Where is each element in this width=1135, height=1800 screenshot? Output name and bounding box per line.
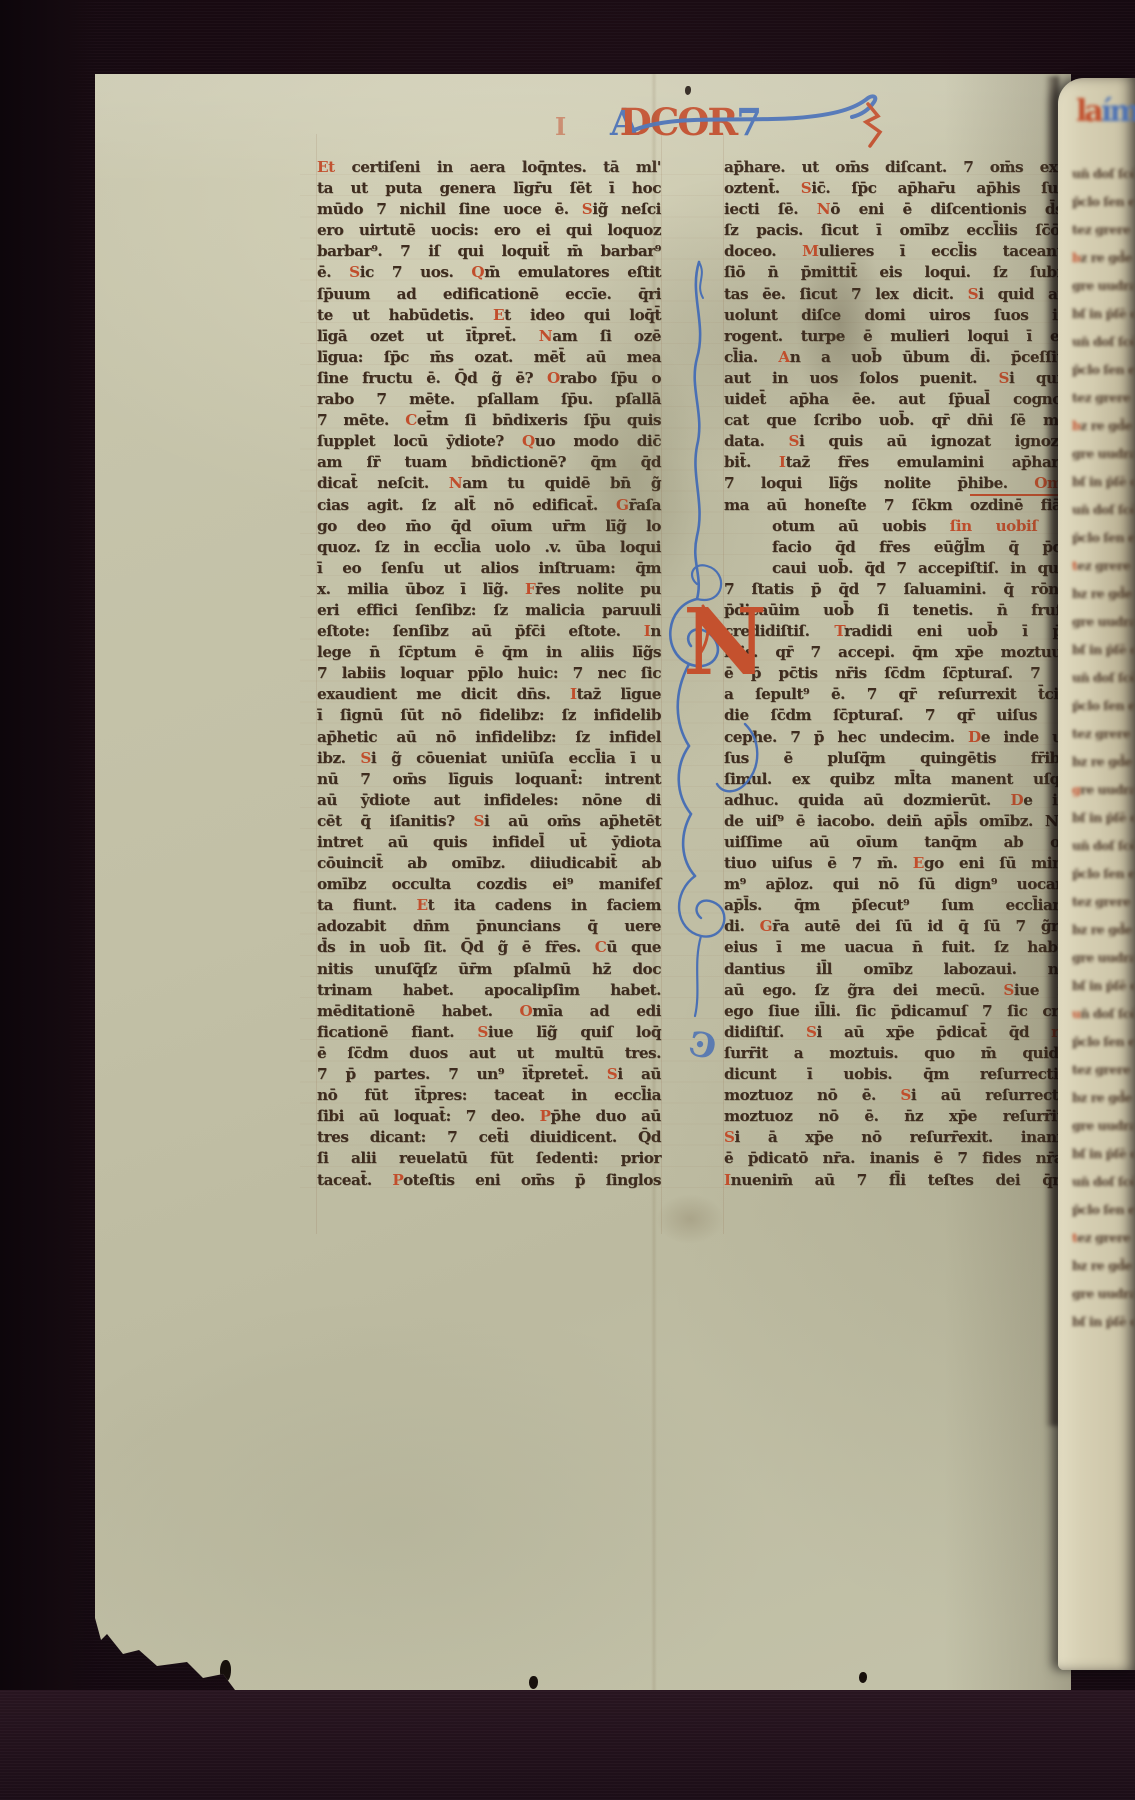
text-line: eri effici ſenſibz: ſz malicia paruuli xyxy=(317,601,661,622)
next-folio-text-line: bſ in p̄ſē ocr xyxy=(1072,642,1134,670)
text-line: cl̄ia. An a uob̄ ūbum d̄i. p̄ceſſit. xyxy=(724,348,1068,369)
next-folio-text-line: gre uudra ſid xyxy=(1072,614,1134,642)
text-segment: G xyxy=(616,496,629,514)
text-segment: E xyxy=(913,854,924,872)
text-segment: ī eo ſenſu ut alios inſtruam: q̄m xyxy=(317,559,661,577)
next-folio-text-line: p̄clo ſen ermī xyxy=(1072,194,1134,222)
text-segment: ſp̄uum ad edificationē eccīe. q̄ri xyxy=(317,285,661,303)
text-line: 7 mēte. Cet̄m ſi bn̄dixeris ſp̄u quis xyxy=(317,411,661,432)
text-segment: et̄m ſi bn̄dixeris ſp̄u quis xyxy=(417,411,661,429)
text-segment: die ſc̄dm ſc̄pturaſ. 7 qr̄ uiſus ē xyxy=(724,706,1068,724)
text-line: moztuoz nō ē. n̄z xp̄e reſurr̄it. xyxy=(724,1107,1068,1128)
text-segment: am ſr̄ tuam bn̄dictionē? q̄m q̄d xyxy=(317,453,661,471)
text-line: cias agit. ſz alt̄ nō edificat̄. Gr̄aſa xyxy=(317,496,661,517)
next-folio-text-line: gre uudra ſid xyxy=(1072,446,1134,474)
text-segment: cōuincit̄ ab omībz. diiudicabit̄ ab xyxy=(317,854,661,872)
text-segment: r̄a autē dei ſū id q̄ ſū 7 g̃ra xyxy=(772,917,1068,935)
next-folio-text-line: p̄clo ſen ermī xyxy=(1072,362,1134,390)
text-line: ſiō n̄ p̄mittit̄ eis loqui. ſz ſubſi xyxy=(724,263,1068,284)
text-segment: a ſepult⁹ ē. 7 qr̄ reſurrexit t̄cia xyxy=(724,685,1068,703)
text-line: eſtote: ſenſibz aū p̄fc̄i eſtote. In xyxy=(317,622,661,643)
text-segment: te ut habūdetis. xyxy=(317,306,493,324)
text-line: ma aū honeſte 7 ſc̄km ozdinē fiāt̄ xyxy=(724,496,1068,517)
text-segment: ego ſiue il̄li. ſic p̄dicamuſ 7 ſic cre xyxy=(724,1002,1068,1020)
text-segment: ta fiunt. xyxy=(317,896,416,914)
text-segment: N xyxy=(539,327,552,345)
text-segment: S xyxy=(477,1023,488,1041)
text-segment: ī ſignū ſūt nō fidelibz: ſz infidelib xyxy=(317,706,661,724)
text-segment: dicunt ī uobis. q̄m reſurrectio xyxy=(724,1065,1068,1083)
text-line: aū ego. ſz g̃ra dei mecū. Siue n̄ xyxy=(724,981,1068,1002)
backdrop-shadow-top xyxy=(0,0,1135,76)
text-segment: P xyxy=(540,1107,551,1125)
rubric-touch: b xyxy=(1072,250,1080,265)
text-segment: I xyxy=(724,1171,731,1189)
text-segment: barbar⁹. 7 iſ qui loquit̄ m̄ barbar⁹ xyxy=(317,242,661,260)
parchment-hole xyxy=(529,1676,538,1689)
text-segment: moztuoz nō ē. n̄z xp̄e reſurr̄it. xyxy=(724,1107,1068,1125)
text-line: cēt q̄ iſanitis? Si aū om̄s ap̄hetēt xyxy=(317,812,661,833)
text-segment: S xyxy=(806,1023,817,1041)
text-line: ſurr̄it a moztuis. quo m̄ quidā xyxy=(724,1044,1068,1065)
next-folio-text-line: un̄ doſ ſcē lo xyxy=(1072,838,1134,866)
text-segment: ic 7 uos. xyxy=(360,263,472,281)
rubric-touch: t xyxy=(1072,1230,1077,1245)
text-segment: mūdo 7 nichil ſine uoce ē. xyxy=(317,200,582,218)
next-folio-header-fragment: laím xyxy=(1076,94,1134,146)
text-line: rogent. turpe ē mulieri loqui ī ec xyxy=(724,327,1068,348)
text-segment: rabo 7 mēte. pſallam ſp̄u. pſallā xyxy=(317,390,661,408)
text-segment: O xyxy=(520,1002,533,1020)
text-line: ſine fructu ē. Q̄d g̃ ē? Orabo ſp̄u o xyxy=(317,369,661,390)
text-segment: C xyxy=(595,938,607,956)
rubric-touch: u xyxy=(1072,1006,1081,1021)
text-segment: 7 ſtatis p̄ q̄d 7 ſaluamini. q̄ rōne xyxy=(724,580,1068,598)
text-line: aū ȳdiote aut infideles: nōne di xyxy=(317,791,661,812)
text-segment: aū ȳdiote aut infideles: nōne di xyxy=(317,791,661,809)
text-segment: A xyxy=(778,348,789,366)
text-line: mūdo 7 nichil ſine uoce ē. Sig̃ neſci xyxy=(317,200,661,221)
text-segment: S xyxy=(801,179,812,197)
text-line: dicunt ī uobis. q̄m reſurrectio xyxy=(724,1065,1068,1086)
next-folio-text-line: tez grere iuoī xyxy=(1072,1062,1134,1090)
text-segment: eri effici ſenſibz: ſz malicia paruuli xyxy=(317,601,661,619)
text-segment: S xyxy=(998,369,1009,387)
text-line: exaudient me dicit dn̄s. Itaz̄ līgue xyxy=(317,685,661,706)
next-folio-text-line: bſ in p̄ſē ocr xyxy=(1072,810,1134,838)
next-folio-text-line: bz re gd̄e ub̄a xyxy=(1072,754,1134,782)
text-segment: uiſſime aū oīum tanq̄m ab oz xyxy=(724,833,1068,851)
next-folio-text-line: un̄ doſ ſcē lo xyxy=(1072,1006,1134,1034)
text-segment: Q xyxy=(522,432,535,450)
text-segment: lege n̄ ſc̄ptum ē q̄m in aliis līg̃s xyxy=(317,643,661,661)
text-segment: Et xyxy=(317,158,335,176)
text-segment: eius ī me uacua n̄ fuit. ſz habū xyxy=(724,938,1068,956)
text-line: uolunt diſce domi uiros ſuos in xyxy=(724,306,1068,327)
backdrop-fabric-bottom xyxy=(0,1690,1135,1800)
header-letter: D xyxy=(620,92,650,152)
text-segment: ibz. xyxy=(317,749,360,767)
text-line: lege n̄ ſc̄ptum ē q̄m in aliis līg̃s xyxy=(317,643,661,664)
text-line: nū 7 om̄s līguis loquant̄: intrent xyxy=(317,770,661,791)
text-segment: M xyxy=(802,242,818,260)
text-line: 7 labiis loquar pp̄lo huic: 7 nec ſic xyxy=(317,664,661,685)
text-segment: S xyxy=(968,285,979,303)
text-line: x. milia ūboz ī līg̃. Fr̄es nolite pu xyxy=(317,580,661,601)
manuscript-page: I ADCOR7 Et certiſeni in aera loq̄ntes. … xyxy=(95,74,1071,1690)
text-segment: T xyxy=(834,622,844,640)
text-line: ego ſiue il̄li. ſic p̄dicamuſ 7 ſic cre xyxy=(724,1002,1068,1023)
next-folio-text-line: tez grere iuoī xyxy=(1072,390,1134,418)
next-folio-text-line: bz re gd̄e ub̄a xyxy=(1072,586,1134,614)
text-segment: S xyxy=(360,749,371,767)
decorated-initial-N: N xyxy=(683,588,767,696)
text-segment: N xyxy=(449,474,462,492)
text-segment: caui uob̄. q̄d 7 accepiſtiſ. in quo xyxy=(772,559,1068,577)
text-segment: 7 labiis loquar pp̄lo huic: 7 nec ſic xyxy=(317,664,661,682)
running-header: ADCOR7 xyxy=(610,92,910,164)
text-line: taceat̄. Poteſtis eni om̄s p̄ ſinglos xyxy=(317,1171,661,1192)
text-segment: S xyxy=(607,1065,618,1083)
text-segment: certiſeni in aera loq̄ntes. tā ml' xyxy=(335,158,661,176)
text-segment: oztent̄. xyxy=(724,179,801,197)
text-line: 7 loqui līg̃s nolite p̄hibe. Omī xyxy=(724,474,1068,495)
text-segment: ſimul. ex quibz ml̄ta manent uſqz xyxy=(724,770,1068,788)
next-folio-header-letter: la xyxy=(1076,94,1101,129)
text-segment: cat que ſcribo uob̄. qr̄ dn̄i ſē mā xyxy=(724,411,1068,429)
rubric-touch: g xyxy=(1072,782,1080,797)
next-folio-text-line: p̄clo ſen ermī xyxy=(1072,866,1134,894)
text-segment: rogent. turpe ē mulieri loqui ī ec xyxy=(724,327,1068,345)
text-line: 7 p̄ partes. 7 un⁹ īt̄pretet̄. Si aū xyxy=(317,1065,661,1086)
next-folio-edge: laím un̄ doſ ſcē lop̄clo ſen ermītez gre… xyxy=(1058,78,1135,1670)
text-line: p̄dicaūim uob̄ ſi tenetis. n̄ fruſt̄ xyxy=(724,601,1068,622)
text-line: uidet̄ ap̄ha ēe. aut ſp̄ual̄ cognoſ xyxy=(724,390,1068,411)
text-line: bit̄. Itaz̄ fr̄es emulamini ap̄hare xyxy=(724,453,1068,474)
next-folio-text-line: tez grere iuoī xyxy=(1072,558,1134,586)
text-line: ſi alii reuelatū fūt ſedenti: prior xyxy=(317,1149,661,1170)
text-segment: iecti ſē. xyxy=(724,200,817,218)
text-segment: ſurr̄it a moztuis. quo m̄ quidā xyxy=(724,1044,1068,1062)
text-segment: ſz pacis. ſicut ī omībz eccl̄iis ſc̄ōz xyxy=(724,221,1068,239)
text-segment: ap̄hetic aū nō infidelibz: ſz infidel xyxy=(317,728,661,746)
text-segment: i quis aū ignozat ignoza xyxy=(799,432,1068,450)
text-line: ſimul. ex quibz ml̄ta manent uſqz xyxy=(724,770,1068,791)
text-segment: D xyxy=(968,728,981,746)
text-segment: N xyxy=(817,200,830,218)
text-line: te ut habūdetis. Et ideo qui loq̄t̄ xyxy=(317,306,661,327)
text-line: die ſc̄dm ſc̄pturaſ. 7 qr̄ uiſus ē xyxy=(724,706,1068,727)
text-segment: ap̄hare. ut om̄s diſcant. 7 om̄s exh xyxy=(724,158,1068,176)
text-line: dantius il̄l omībz labozaui. nō xyxy=(724,960,1068,981)
text-line: ſus ē pluſq̄m quingētis fr̄ibz xyxy=(724,749,1068,770)
text-line: facio q̄d fr̄es eūg̃l̄m q̄ p̄di xyxy=(724,538,1068,559)
text-line: omībz occulta cozdis ei⁹ manifeſ xyxy=(317,875,661,896)
text-line: 7 ſtatis p̄ q̄d 7 ſaluamini. q̄ rōne xyxy=(724,580,1068,601)
parchment-stain xyxy=(655,1194,725,1244)
text-segment: D xyxy=(1010,791,1023,809)
header-letter: 7 xyxy=(736,92,760,152)
text-line: credidiſtiſ. Tradidi eni uob̄ ī p̄i xyxy=(724,622,1068,643)
chapter-numeral: I xyxy=(555,112,566,141)
text-line: tiuo uiſus ē 7 m̄. Ego eni ſū mini xyxy=(724,854,1068,875)
text-line: ap̄hare. ut om̄s diſcant. 7 om̄s exh xyxy=(724,158,1068,179)
text-segment: t ideo qui loq̄t̄ xyxy=(504,306,661,324)
next-folio-text-line: p̄clo ſen ermī xyxy=(1072,1034,1134,1062)
text-line: caui uob̄. q̄d 7 accepiſtiſ. in quo xyxy=(724,559,1068,580)
text-segment: ſibi aū loquat̄: 7 deo. xyxy=(317,1107,540,1125)
header-letter: R xyxy=(708,92,737,152)
text-line: dicat̄ neſcit. Nam tu quidē bn̄ g̃ xyxy=(317,474,661,495)
text-segment: S xyxy=(724,1128,735,1146)
backdrop-shadow-left xyxy=(0,0,96,1800)
text-segment: E xyxy=(416,896,427,914)
text-line: ē. Sic 7 uos. Qm̄ emulatores eſtit xyxy=(317,263,661,284)
text-line: ē ſc̄dm duos aut ut multū tres. xyxy=(317,1044,661,1065)
text-segment: n a uob̄ ūbum d̄i. p̄ceſſit. xyxy=(790,348,1068,366)
text-segment: E xyxy=(493,306,504,324)
text-segment: 7 mēte. xyxy=(317,411,405,429)
text-line: rabo 7 mēte. pſallam ſp̄u. pſallā xyxy=(317,390,661,411)
text-segment: d̄s in uob̄ ſit. Q̄d g̃ ē fr̄es. xyxy=(317,938,595,956)
text-segment: F xyxy=(525,580,535,598)
next-folio-text-line: p̄clo ſen ermī xyxy=(1072,1202,1134,1230)
next-folio-text-line: bz re gd̄e ub̄a xyxy=(1072,922,1134,950)
text-segment: mēditationē habet. xyxy=(317,1002,520,1020)
text-segment: ē p̄dicatō nr̄a. inanis ē 7 fides nr̄a. xyxy=(724,1149,1068,1167)
text-segment: r̄es nolite pu xyxy=(535,580,661,598)
text-segment: 7 p̄ partes. 7 un⁹ īt̄pretet̄. xyxy=(317,1065,607,1083)
text-segment: i aū om̄s ap̄hetēt xyxy=(484,812,661,830)
text-line: cat que ſcribo uob̄. qr̄ dn̄i ſē mā xyxy=(724,411,1068,432)
next-folio-text-line: p̄clo ſen ermī xyxy=(1072,698,1134,726)
text-segment: nuenim̄ aū 7 fl̄i teſtes dei q̄m xyxy=(731,1171,1068,1189)
text-segment: adozabit dn̄m p̄nuncians q̄ uere xyxy=(317,917,661,935)
text-segment: uidet̄ ap̄ha ēe. aut ſp̄ual̄ cognoſ xyxy=(724,390,1068,408)
text-segment: S xyxy=(900,1086,911,1104)
text-line: ap̄l̄s. q̄m p̄ſecut⁹ ſum eccl̄iam xyxy=(724,896,1068,917)
text-segment: exaudient me dicit dn̄s. xyxy=(317,685,570,703)
text-segment: S xyxy=(349,263,360,281)
text-line: tres dicant: 7 cet̄i diuidicent. Q̄d xyxy=(317,1128,661,1149)
next-folio-text-line: bſ in p̄ſē ocr xyxy=(1072,978,1134,1006)
text-line: doceo. Mulieres ī eccl̄is taceant. xyxy=(724,242,1068,263)
text-line: ſp̄uum ad edificationē eccīe. q̄ri xyxy=(317,285,661,306)
text-segment: mīa ad edi xyxy=(532,1002,661,1020)
next-folio-text-line: tez grere iuoī xyxy=(1072,726,1134,754)
text-segment: līgua: ſp̄c m̄s ozat. mēt̄ aū mea xyxy=(317,348,661,366)
header-letter: C xyxy=(650,92,677,152)
text-line: ī eo ſenſu ut alios inſtruam: q̄m xyxy=(317,559,661,580)
text-segment: oteſtis eni om̄s p̄ ſinglos xyxy=(403,1171,661,1189)
next-folio-text-line: bſ in p̄ſē ocr xyxy=(1072,474,1134,502)
next-folio-text-line: tez grere iuoī xyxy=(1072,222,1134,250)
next-folio-text-line: un̄ doſ ſcē lo xyxy=(1072,1174,1134,1202)
next-folio-text-line: bz re gd̄e ub̄a xyxy=(1072,1258,1134,1286)
text-line: Si ā xp̄e nō reſurr̄exit. inaniſ xyxy=(724,1128,1068,1149)
text-segment: ic̄. ſp̄c ap̄har̄u ap̄his ſub xyxy=(811,179,1068,197)
text-segment: dicat̄ neſcit. xyxy=(317,474,449,492)
text-segment: intret aū quis infidel̄ ut̄ ȳdiota xyxy=(317,833,661,851)
text-segment: uo modo dic̄ xyxy=(535,432,661,450)
parchment-hole xyxy=(220,1660,231,1682)
text-segment: cias agit. ſz alt̄ nō edificat̄. xyxy=(317,496,616,514)
next-folio-text-line: bz re gd̄e ub̄a xyxy=(1072,1090,1134,1118)
text-line: ficationē fiant. Siue līg̃ quiſ loq̄ xyxy=(317,1023,661,1044)
rubric-touch: t xyxy=(1072,558,1077,573)
text-segment: ig̃ neſci xyxy=(592,200,661,218)
text-segment: quoz. ſz in eccl̄ia uolo .v. ūba loqui xyxy=(317,538,661,556)
text-segment: i g̃ cōueniat uniūſa eccl̄ia ī u xyxy=(371,749,661,767)
text-segment: m⁹ ap̄loz. qui nō ſū dign⁹ uocari xyxy=(724,875,1068,893)
text-line: nitis unuſq̄ſz ūr̄m pſalmū hz̄ doc xyxy=(317,960,661,981)
text-segment: i aū xp̄e p̄dicat̄ q̄d xyxy=(817,1023,1052,1041)
text-line: a ſepult⁹ ē. 7 qr̄ reſurrexit t̄cia xyxy=(724,685,1068,706)
next-folio-text-line: gre uudra ſid xyxy=(1072,950,1134,978)
text-segment: O xyxy=(547,369,560,387)
header-letters: ADCOR7 xyxy=(610,120,760,139)
text-segment: nō fūt īt̄pres: taceat in eccl̄ia xyxy=(317,1086,661,1104)
text-segment: dantius il̄l omībz labozaui. nō xyxy=(724,960,1068,978)
text-segment: ē p̄ pc̄tis nr̄is ſc̄dm ſc̄pturaſ. 7 q̄ xyxy=(724,664,1068,682)
text-line: m⁹ ap̄loz. qui nō ſū dign⁹ uocari xyxy=(724,875,1068,896)
text-segment: P xyxy=(392,1171,403,1189)
text-line: ī ſignū ſūt nō fidelibz: ſz infidelib xyxy=(317,706,661,727)
text-line: d̄s in uob̄ ſit. Q̄d g̃ ē fr̄es. Cū que xyxy=(317,938,661,959)
text-line: iecti ſē. Nō eni ē diſcentionis d̄s. xyxy=(724,200,1068,221)
next-folio-text-line: tez grere iuoī xyxy=(1072,1230,1134,1258)
text-line: di. Gr̄a autē dei ſū id q̄ ſū 7 g̃ra xyxy=(724,917,1068,938)
text-segment: m̄ emulatores eſtit xyxy=(484,263,661,281)
text-line: līgā ozet ut īt̄pret̄. Nam ſi ozē xyxy=(317,327,661,348)
next-folio-text-line: gre uudra ſid xyxy=(1072,782,1134,810)
text-segment: ſine fructu ē. Q̄d g̃ ē? xyxy=(317,369,547,387)
text-segment: ficationē fiant. xyxy=(317,1023,477,1041)
text-line: otum aū uobis ſin uobiſ ( xyxy=(724,517,1068,538)
next-folio-text-line: gre uudra ſid xyxy=(1072,1118,1134,1146)
text-line: ibz. Si g̃ cōueniat uniūſa eccl̄ia ī u xyxy=(317,749,661,770)
text-segment: ta ut puta genera līgr̄u ſēt ī hoc xyxy=(317,179,661,197)
text-segment: ē ſc̄dm duos aut ut multū tres. xyxy=(317,1044,661,1062)
text-segment: ē. xyxy=(317,263,349,281)
text-line: Et certiſeni in aera loq̄ntes. tā ml' xyxy=(317,158,661,179)
text-segment: S xyxy=(473,812,484,830)
text-segment: taceat̄. xyxy=(317,1171,392,1189)
text-line: ē p̄dicatō nr̄a. inanis ē 7 fides nr̄a. xyxy=(724,1149,1068,1170)
text-line: go deo m̄o q̄d oīum ur̄m līg̃ lo xyxy=(317,517,661,538)
text-segment: am tu quidē bn̄ g̃ xyxy=(462,474,661,492)
text-segment: Q xyxy=(471,263,484,281)
text-segment: otum aū uobis xyxy=(772,517,950,535)
text-line: barbar⁹. 7 iſ qui loquit̄ m̄ barbar⁹ xyxy=(317,242,661,263)
text-line: ta ut puta genera līgr̄u ſēt ī hoc xyxy=(317,179,661,200)
text-line: intret aū quis infidel̄ ut̄ ȳdiota xyxy=(317,833,661,854)
text-segment: nitis unuſq̄ſz ūr̄m pſalmū hz̄ doc xyxy=(317,960,661,978)
text-segment: mis. qr̄ 7 accepi. q̄m xp̄e moztuuſ xyxy=(724,643,1068,661)
text-segment: S xyxy=(582,200,593,218)
next-folio-text-line: tez grere iuoī xyxy=(1072,894,1134,922)
next-folio-text-line: gre uudra ſid xyxy=(1072,1286,1134,1314)
text-segment: taz̄ fr̄es emulamini ap̄hare xyxy=(786,453,1068,471)
text-segment: uolunt diſce domi uiros ſuos in xyxy=(724,306,1068,324)
text-line: nō fūt īt̄pres: taceat in eccl̄ia xyxy=(317,1086,661,1107)
next-folio-text-line: bz re gd̄e ub̄a xyxy=(1072,250,1134,278)
text-segment: ſi alii reuelatū fūt ſedenti: prior xyxy=(317,1149,661,1167)
text-line: adhuc. quida aū dozmierūt. De in xyxy=(724,791,1068,812)
text-line: līgua: ſp̄c m̄s ozat. mēt̄ aū mea xyxy=(317,348,661,369)
text-line: moztuoz nō ē. Si aū reſurrectō xyxy=(724,1086,1068,1107)
text-segment: iue līg̃ quiſ loq̄ xyxy=(488,1023,661,1041)
text-line: ap̄hetic aū nō infidelibz: ſz infidel xyxy=(317,728,661,749)
text-line: eius ī me uacua n̄ fuit. ſz habū xyxy=(724,938,1068,959)
filigree-ornament: N xyxy=(645,254,775,1084)
text-segment: tres dicant: 7 cet̄i diuidicent. Q̄d xyxy=(317,1128,661,1146)
text-line: mis. qr̄ 7 accepi. q̄m xp̄e moztuuſ xyxy=(724,643,1068,664)
text-segment: ap̄l̄s. q̄m p̄ſecut⁹ ſum eccl̄iam xyxy=(724,896,1068,914)
text-line: ſz pacis. ſicut ī omībz eccl̄iis ſc̄ōz xyxy=(724,221,1068,242)
text-segment: ſupplet locū ȳdiote? xyxy=(317,432,522,450)
text-segment: ulieres ī eccl̄is taceant. xyxy=(818,242,1068,260)
text-segment: ſus ē pluſq̄m quingētis fr̄ibz xyxy=(724,749,1068,767)
text-line: de uiſ⁹ ē iacobo. dein̄ ap̄l̄s omībz. No xyxy=(724,812,1068,833)
text-segment: līgā ozet ut īt̄pret̄. xyxy=(317,327,539,345)
text-line: mēditationē habet. Omīa ad edi xyxy=(317,1002,661,1023)
text-segment: t ita cadens in faciem xyxy=(428,896,661,914)
text-segment: omībz occulta cozdis ei⁹ manifeſ xyxy=(317,875,661,893)
next-folio-text-line: un̄ doſ ſcē lo xyxy=(1072,670,1134,698)
text-line: didiſtiſ. Si aū xp̄e p̄dicat̄ q̄d re xyxy=(724,1023,1068,1044)
text-segment: ſiō n̄ p̄mittit̄ eis loqui. ſz ſubſi xyxy=(724,263,1068,281)
text-line: am ſr̄ tuam bn̄dictionē? q̄m q̄d xyxy=(317,453,661,474)
text-column-right: ap̄hare. ut om̄s diſcant. 7 om̄s exhozte… xyxy=(724,158,1068,1192)
text-line: ſupplet locū ȳdiote? Quo modo dic̄ xyxy=(317,432,661,453)
text-segment: eſtote: ſenſibz aū p̄fc̄i eſtote. xyxy=(317,622,644,640)
text-line: cephe. 7 p̄ hec undecim. De inde ui xyxy=(724,728,1068,749)
text-column-left: Et certiſeni in aera loq̄ntes. tā ml'ta … xyxy=(317,158,661,1192)
text-line: trinam habet. apocalipſim habet. xyxy=(317,981,661,1002)
text-segment: p̄dicaūim uob̄ ſi tenetis. n̄ fruſt̄ xyxy=(724,601,1068,619)
text-segment: I xyxy=(779,453,786,471)
next-folio-header-letter: ím xyxy=(1101,94,1135,129)
text-line: quoz. ſz in eccl̄ia uolo .v. ūba loqui xyxy=(317,538,661,559)
photo-backdrop: { "colors":{"parchment":"#c8c6ad","parch… xyxy=(0,0,1135,1800)
text-segment: ero uirtutē uocis: ero ei qui loquoz xyxy=(317,221,661,239)
next-folio-text-line: bz re gd̄e ub̄a xyxy=(1072,418,1134,446)
text-line: aut in uos ſolos puenit. Si quiſ xyxy=(724,369,1068,390)
text-line: Inuenim̄ aū 7 fl̄i teſtes dei q̄m xyxy=(724,1171,1068,1192)
next-folio-text-line: bſ in p̄ſē ocr xyxy=(1072,1146,1134,1174)
text-line: cōuincit̄ ab omībz. diiudicabit̄ ab xyxy=(317,854,661,875)
text-segment: radidi eni uob̄ ī p̄i xyxy=(844,622,1068,640)
rubric-touch: b xyxy=(1072,418,1080,433)
header-letter: O xyxy=(677,92,707,152)
text-line: ē p̄ pc̄tis nr̄is ſc̄dm ſc̄pturaſ. 7 q̄ xyxy=(724,664,1068,685)
text-line: tas ēe. ſicut 7 lex dicit. Si quid aū xyxy=(724,285,1068,306)
text-segment: I xyxy=(570,685,577,703)
text-segment: cēt q̄ iſanitis? xyxy=(317,812,473,830)
text-segment: C xyxy=(405,411,417,429)
text-line: ero uirtutē uocis: ero ei qui loquoz xyxy=(317,221,661,242)
next-folio-text-line: bſ in p̄ſē ocr xyxy=(1072,306,1134,334)
next-folio-text-line: gre uudra ſid xyxy=(1072,278,1134,306)
text-segment: moztuoz nō ē. xyxy=(724,1086,900,1104)
text-line: data. Si quis aū ignozat ignoza xyxy=(724,432,1068,453)
text-line: oztent̄. Sic̄. ſp̄c ap̄har̄u ap̄his ſub xyxy=(724,179,1068,200)
page-gap-shadow xyxy=(1045,76,1059,1426)
next-folio-text-line: bſ in p̄ſē ocr xyxy=(1072,1314,1134,1342)
text-segment: ō eni ē diſcentionis d̄s. xyxy=(830,200,1068,218)
text-segment: p̄he duo aū xyxy=(551,1107,661,1125)
